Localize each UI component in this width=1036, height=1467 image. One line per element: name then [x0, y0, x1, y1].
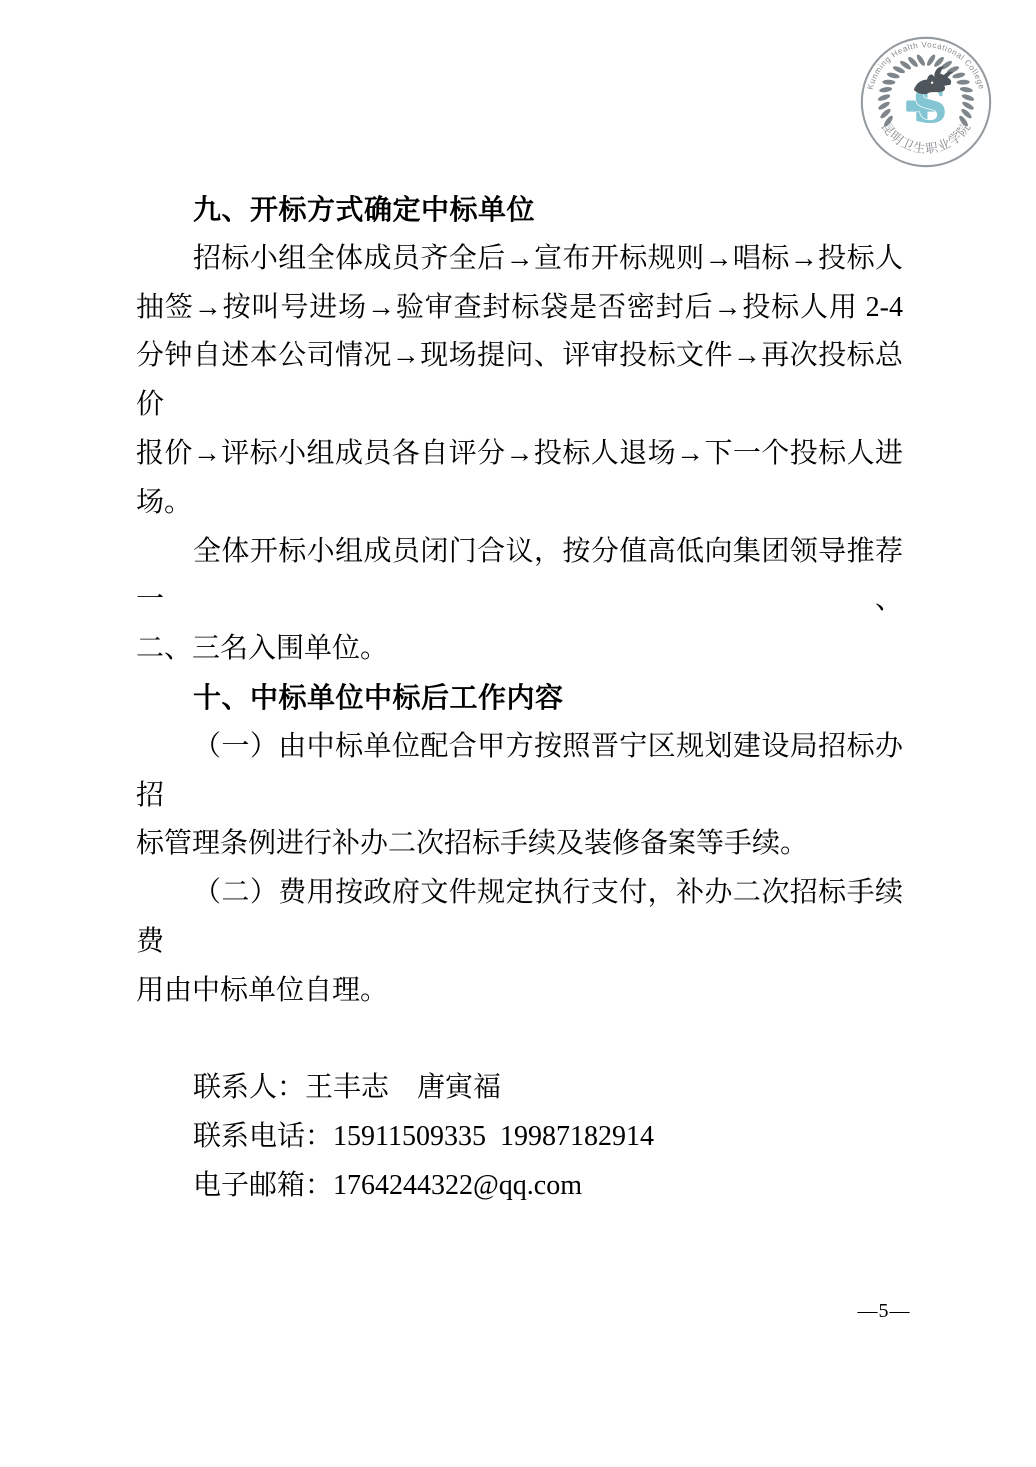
section-heading-10: 十、中标单位中标后工作内容 [136, 674, 903, 723]
document-line: 招标小组全体成员齐全后→宣布开标规则→唱标→投标人 [136, 235, 903, 284]
document-line: 场。 [136, 479, 903, 528]
document-line: 分钟自述本公司情况→现场提问、评审投标文件→再次投标总价 [136, 332, 903, 430]
paragraph-item-2: （二）费用按政府文件规定执行支付，补办二次招标手续费 用由中标单位自理。 [136, 869, 903, 1015]
document-line: 用由中标单位自理。 [136, 967, 903, 1016]
contact-info: 联系人：王丰志 唐寅福 联系电话：15911509335 19987182914… [136, 1064, 903, 1210]
document-page: Kunming Health Vocational College [0, 0, 1036, 1467]
contact-phone-line: 联系电话：15911509335 19987182914 [136, 1113, 903, 1162]
contact-person-line: 联系人：王丰志 唐寅福 [136, 1064, 903, 1113]
document-line: （一）由中标单位配合甲方按照晋宁区规划建设局招标办招 [136, 723, 903, 821]
document-line: 抽签→按叫号进场→验审查封标袋是否密封后→投标人用 2-4 [136, 284, 903, 333]
college-logo: Kunming Health Vocational College [860, 36, 992, 168]
document-line: 报价→评标小组成员各自评分→投标人退场→下一个投标人进 [136, 430, 903, 479]
page-number: —5— [838, 1300, 930, 1323]
paragraph-open-bid-procedure: 招标小组全体成员齐全后→宣布开标规则→唱标→投标人 抽签→按叫号进场→验审查封标… [136, 235, 903, 528]
document-line: 二、三名入围单位。 [136, 625, 903, 674]
document-line: （二）费用按政府文件规定执行支付，补办二次招标手续费 [136, 869, 903, 967]
contact-email-line: 电子邮箱：1764244322@qq.com [136, 1162, 903, 1211]
document-line: 全体开标小组成员闭门合议，按分值高低向集团领导推荐一、 [136, 528, 903, 626]
section-heading-9: 九、开标方式确定中标单位 [136, 186, 903, 235]
document-body: 九、开标方式确定中标单位 招标小组全体成员齐全后→宣布开标规则→唱标→投标人 抽… [136, 186, 903, 1211]
paragraph-item-1: （一）由中标单位配合甲方按照晋宁区规划建设局招标办招 标管理条例进行补办二次招标… [136, 723, 903, 869]
document-line: 标管理条例进行补办二次招标手续及装修备案等手续。 [136, 820, 903, 869]
paragraph-shortlist: 全体开标小组成员闭门合议，按分值高低向集团领导推荐一、 二、三名入围单位。 [136, 528, 903, 674]
